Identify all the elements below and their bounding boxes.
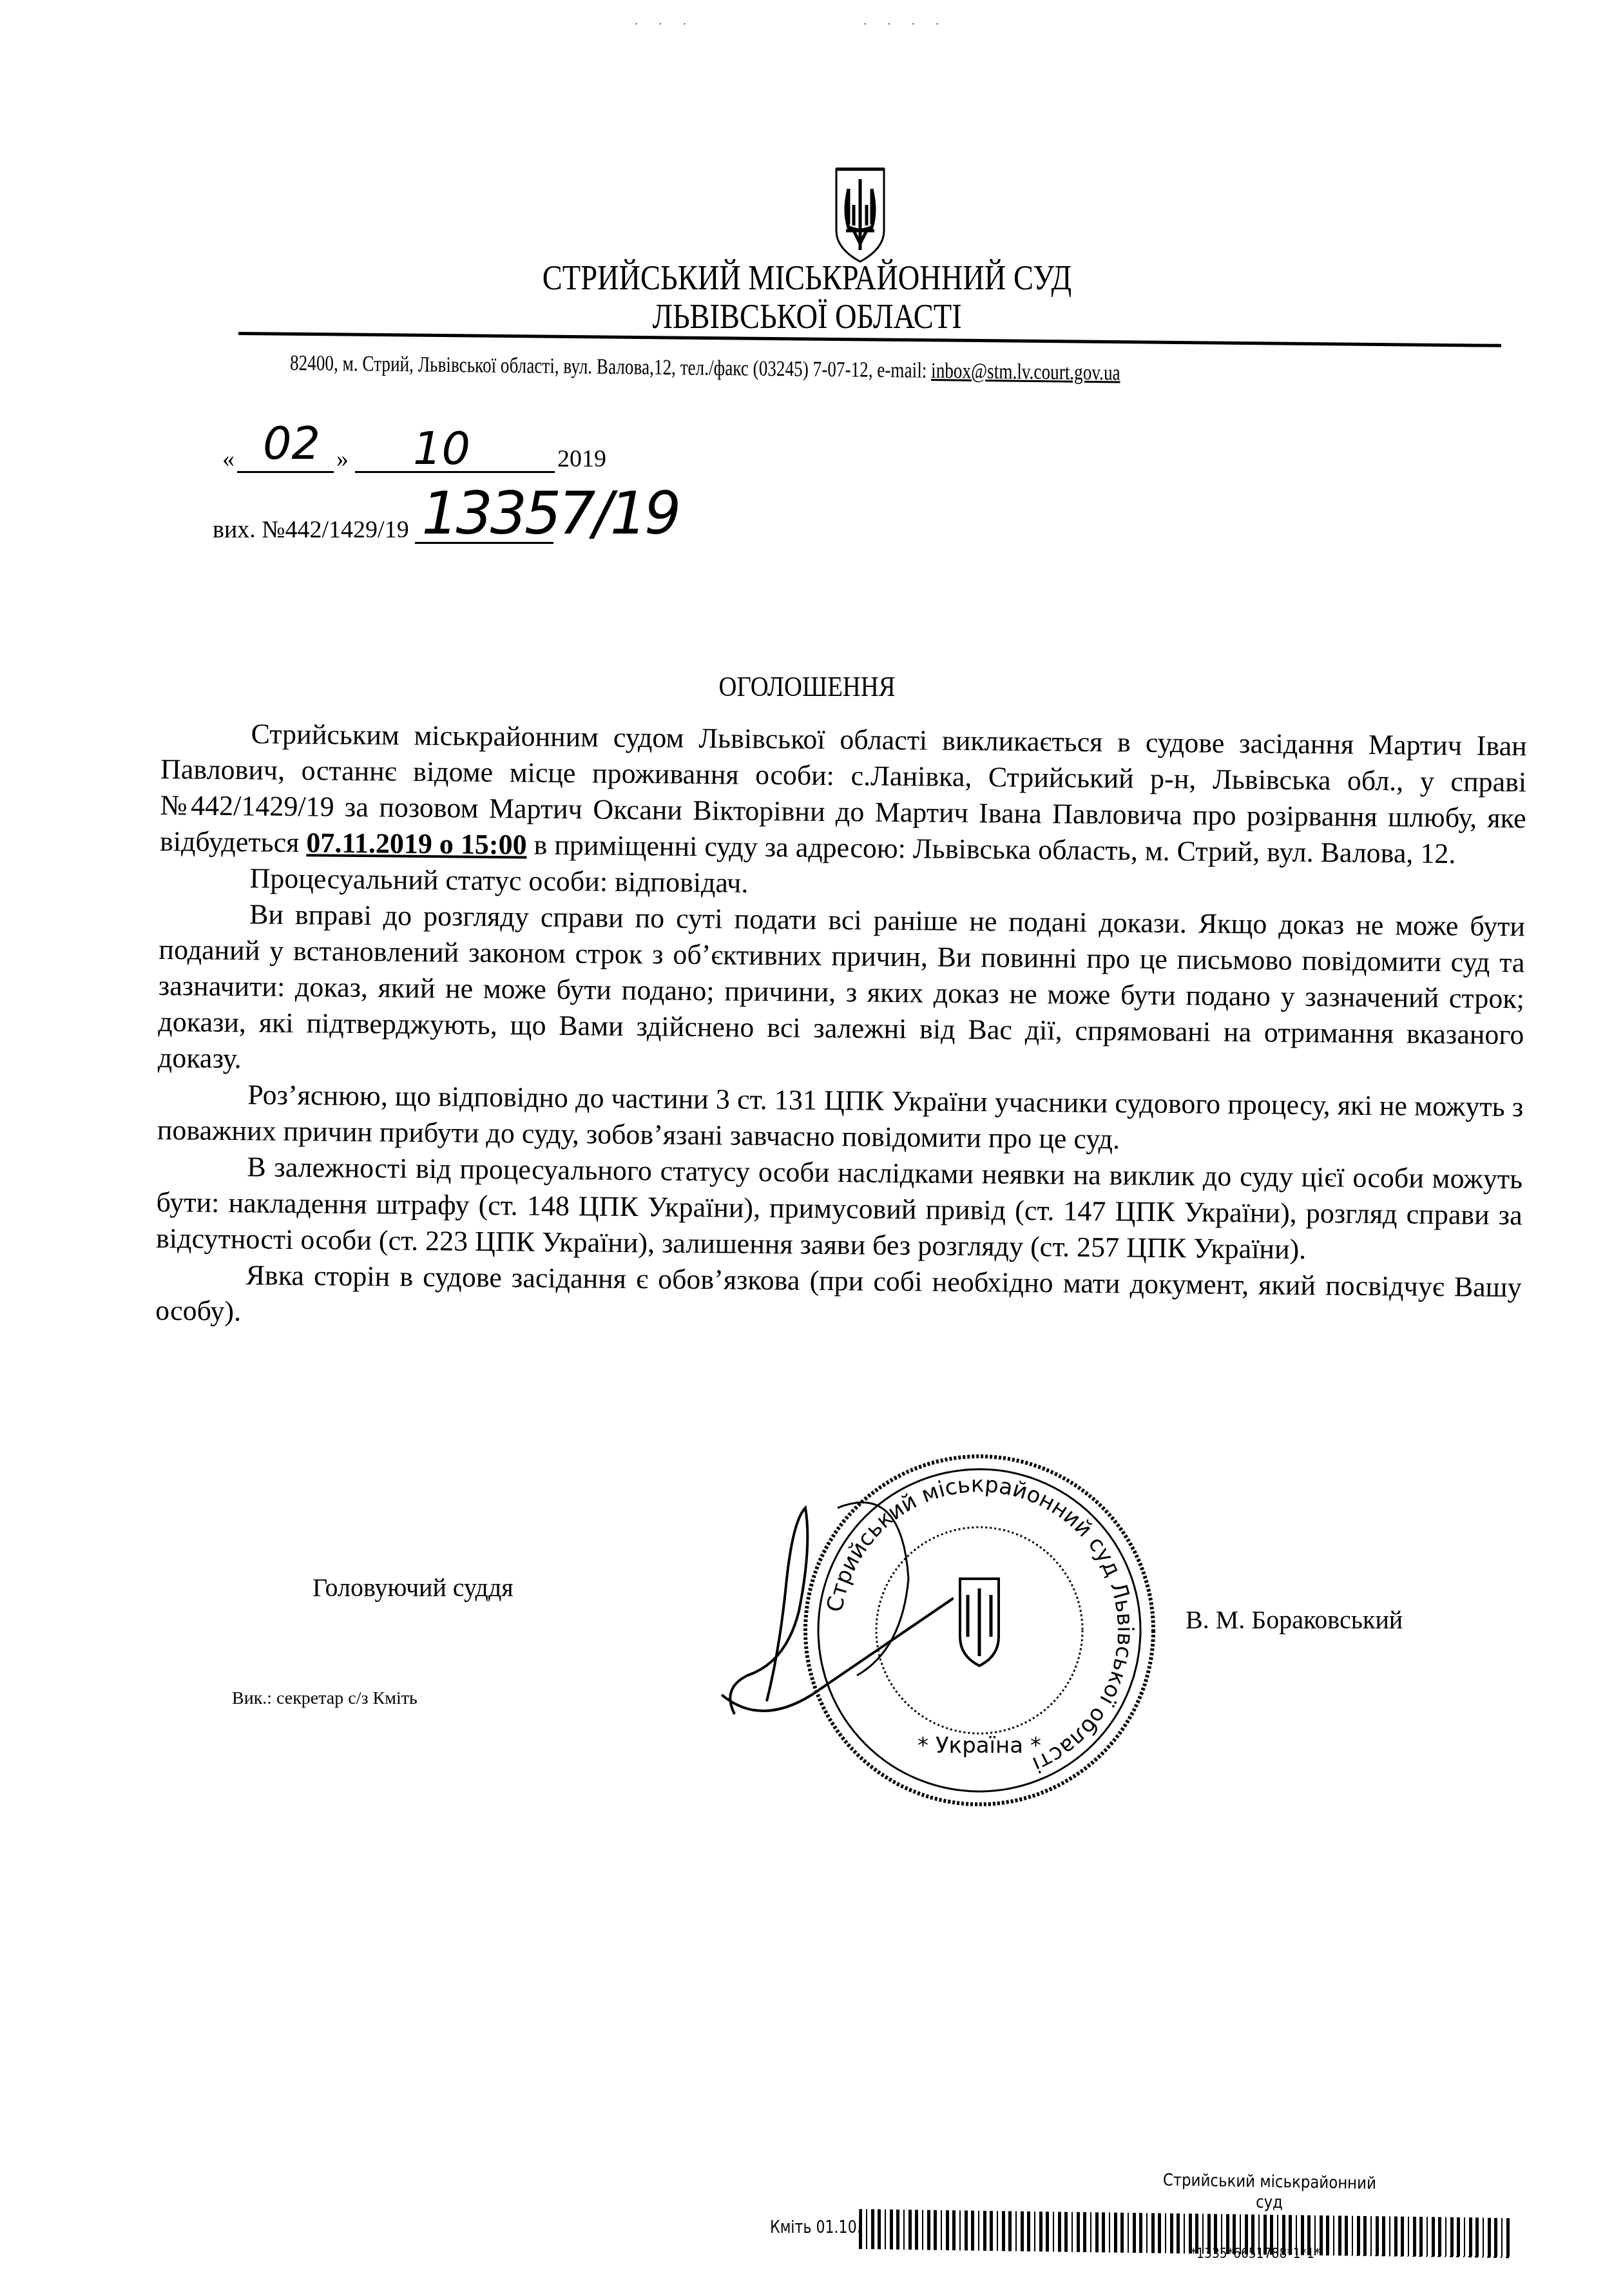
court-name-line1: СТРИЙСЬКИЙ МІСЬКРАЙОННИЙ СУД xyxy=(113,258,1501,298)
summons-location: в приміщенні суду за адресою: Львівська … xyxy=(526,829,1455,869)
paragraph-consequences: В залежності від процесуального статусу … xyxy=(156,1148,1523,1269)
day-handwritten: 02 xyxy=(263,417,320,470)
close-quote: » xyxy=(336,445,349,472)
paragraph-attendance: Явка сторін в судове засідання є обов’яз… xyxy=(155,1257,1522,1342)
month-handwritten: 10 xyxy=(413,422,470,475)
court-name-line2: ЛЬВІВСЬКОЇ ОБЛАСТІ xyxy=(113,296,1501,336)
year: 2019 xyxy=(557,445,606,472)
hearing-datetime: 07.11.2019 о 15:00 xyxy=(306,827,527,860)
paragraph-summons: Стрийським міськрайонним судом Львівсько… xyxy=(160,715,1527,873)
court-address: 82400, м. Стрий, Львівської області, вул… xyxy=(290,351,1120,385)
dispatch-date: «02»102019 xyxy=(222,445,606,473)
barcode-icon xyxy=(859,2209,1512,2258)
judge-name: В. М. Бораковський xyxy=(1186,1605,1403,1635)
open-quote: « xyxy=(222,445,235,472)
registration-court-line1: Стрийський міськрайонний суд xyxy=(1156,2170,1383,2215)
day-field: 02 xyxy=(237,448,334,473)
judge-title: Головуючий суддя xyxy=(312,1572,514,1603)
month-field: 10 xyxy=(355,448,555,473)
court-email-link[interactable]: inbox@stm.lv.court.gov.ua xyxy=(931,359,1120,385)
scan-artifact: · · · · xyxy=(863,19,948,31)
judge-signature-icon xyxy=(709,1482,954,1740)
document-title: ОГОЛОШЕННЯ xyxy=(97,670,1517,703)
paragraph-evidence: Ви вправі до розгляду справи по суті под… xyxy=(158,896,1526,1089)
document-body: Стрийським міськрайонним судом Львівсько… xyxy=(155,715,1527,1342)
outgoing-number: вих. №442/1429/19 13357/19 xyxy=(213,516,553,544)
document-page: · · · · · · · СТРИЙСЬКИЙ МІСЬКРАЙОННИЙ С… xyxy=(0,0,1614,2296)
paragraph-notice: Роз’яснюю, що відповідно до частини 3 ст… xyxy=(157,1076,1524,1161)
executor-note: Вик.: секретар с/з Кміть xyxy=(232,1688,418,1709)
trident-coat-of-arms-icon xyxy=(834,166,886,263)
barcode-number: *1335*6651788*1*1* xyxy=(1191,2246,1320,2262)
outgoing-handwritten: 13357/19 xyxy=(421,480,678,548)
address-text: 82400, м. Стрий, Львівської області, вул… xyxy=(290,351,931,383)
outgoing-number-field: 13357/19 xyxy=(415,519,553,544)
scan-artifact: · · · xyxy=(635,19,695,31)
outgoing-label: вих. №442/1429/19 xyxy=(213,516,409,543)
